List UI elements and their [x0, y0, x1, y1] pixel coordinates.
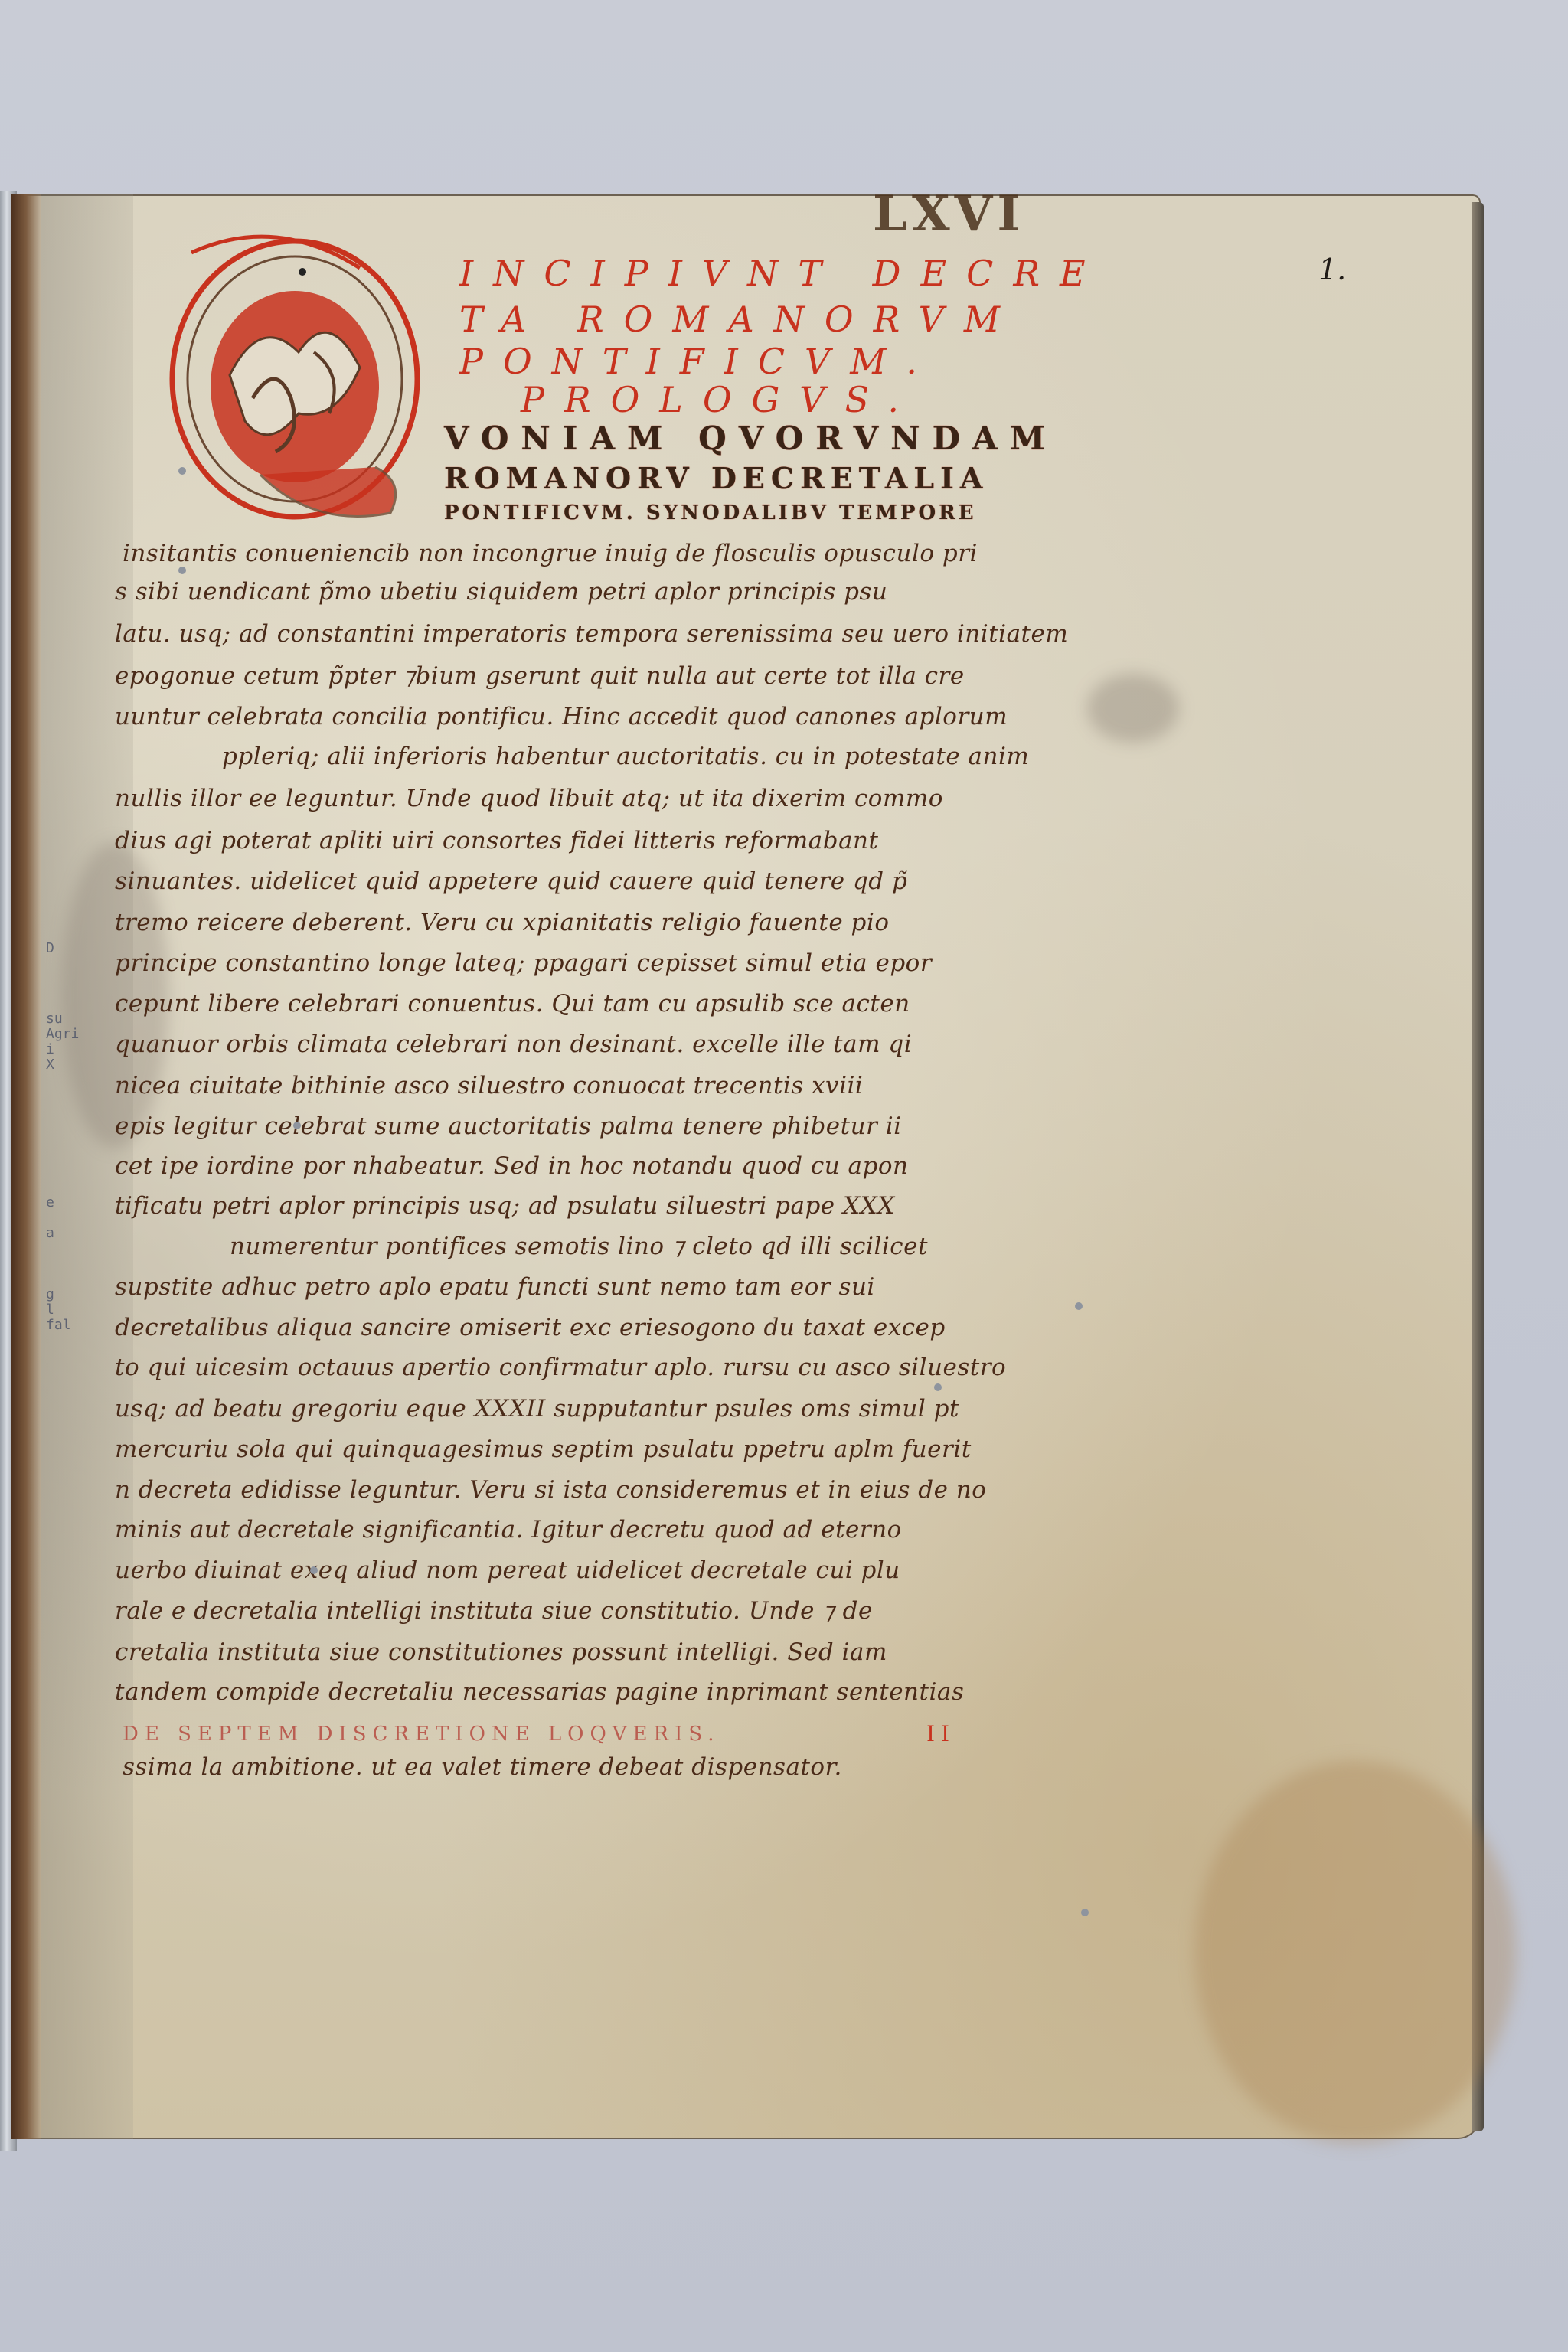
margin-offset-mark: fal: [46, 1317, 71, 1333]
gutter-shadow: [11, 194, 41, 2139]
text-line: rale e decretalia intelligi instituta si…: [115, 1597, 873, 1625]
margin-offset-mark: Agri: [46, 1026, 79, 1042]
folio-number: 1.: [1318, 253, 1346, 286]
text-line: mercuriu sola qui quinquagesimus septim …: [115, 1436, 972, 1463]
text-line: cet ipe iordine por nhabeatur. Sed in ho…: [115, 1152, 908, 1180]
margin-offset-mark: X: [46, 1057, 54, 1073]
text-line: n decreta edidisse leguntur. Veru si ist…: [115, 1476, 986, 1504]
rubric-title-line-3: PONTIFICVM.: [459, 341, 937, 382]
rubric-chapter-numeral: II: [926, 1721, 955, 1746]
text-line: ppleriq; alii inferioris habentur auctor…: [222, 743, 1029, 770]
text-line: sinuantes. uidelicet quid appetere quid …: [115, 867, 907, 895]
text-line: to qui uicesim octauus apertio confirmat…: [115, 1354, 1006, 1381]
pinhole: [310, 1566, 318, 1574]
text-line: supstite adhuc petro aplo epatu functi s…: [115, 1273, 875, 1301]
text-line: uerbo diuinat exeq aliud nom pereat uide…: [115, 1557, 900, 1584]
pinhole: [1081, 1909, 1089, 1916]
text-line: nicea ciuitate bithinie asco siluestro c…: [115, 1072, 863, 1099]
text-line: epis legitur celebrat sume auctoritatis …: [115, 1112, 902, 1140]
margin-offset-mark: a: [46, 1225, 54, 1241]
text-line: insitantis conueniencib non incongrue in…: [122, 540, 978, 567]
margin-offset-mark: e: [46, 1194, 54, 1210]
text-line: dius agi poterat apliti uiri consortes f…: [115, 827, 878, 854]
rubric-title-line-4: PROLOGVS.: [521, 379, 919, 420]
text-line: cretalia instituta siue constitutiones p…: [115, 1638, 887, 1666]
pinhole: [293, 1122, 301, 1129]
margin-offset-mark: su: [46, 1011, 63, 1027]
margin-offset-mark: D: [46, 940, 54, 956]
margin-offset-mark: g: [46, 1286, 54, 1302]
rubric-title-line-2: TA ROMANORVM: [459, 299, 1020, 340]
rubric-chapter-heading: DE SEPTEM DISCRETIONE LOQVERIS.: [122, 1723, 720, 1746]
text-line: minis aut decretale significantia. Igitu…: [115, 1516, 902, 1543]
quire-mark: LXVI: [873, 185, 1024, 243]
display-capitals-line-1: VONIAM QVORVNDAM: [444, 420, 1057, 457]
text-line: tandem compide decretaliu necessarias pa…: [115, 1678, 964, 1706]
margin-offset-mark: l: [46, 1302, 54, 1318]
text-line: numerentur pontifices semotis lino ⁊ cle…: [230, 1233, 928, 1260]
pinhole: [1075, 1302, 1083, 1310]
text-line: decretalibus aliqua sancire omiserit exc…: [115, 1314, 946, 1341]
text-line-final: ssima la ambitione. ut ea valet timere d…: [122, 1753, 842, 1781]
decorated-initial-q-icon: [161, 222, 436, 551]
text-line: quanuor orbis climata celebrari non desi…: [115, 1031, 912, 1058]
stain: [1194, 1761, 1516, 2144]
text-line: nullis illor ee leguntur. Unde quod libu…: [115, 785, 943, 812]
rubric-title-line-1: INCIPIVNT DECRE: [459, 253, 1106, 294]
text-line: tremo reicere deberent. Veru cu xpianita…: [115, 909, 889, 936]
text-line: usq; ad beatu gregoriu eque XXXII supput…: [115, 1395, 959, 1423]
text-line: epogonue cetum p̃pter ⁊bium gserunt quit…: [115, 662, 965, 690]
text-line: s sibi uendicant p̃mo ubetiu siquidem pe…: [115, 578, 887, 606]
text-line: tificatu petri aplor principis usq; ad p…: [115, 1192, 895, 1220]
display-capitals-line-2: ROMANORV DECRETALIA: [444, 461, 988, 495]
margin-offset-mark: i: [46, 1041, 54, 1057]
pinhole: [178, 467, 186, 475]
stain: [1087, 674, 1179, 743]
text-line: principe constantino longe lateq; ppagar…: [115, 949, 932, 977]
text-line: cepunt libere celebrari conuentus. Qui t…: [115, 990, 910, 1018]
pinhole: [934, 1383, 942, 1391]
display-capitals-line-3: PONTIFICVM. SYNODALIBV TEMPORE: [444, 501, 977, 524]
text-line: latu. usq; ad constantini imperatoris te…: [115, 620, 1068, 648]
text-line: uuntur celebrata concilia pontificu. Hin…: [115, 703, 1008, 730]
pinhole: [178, 567, 186, 574]
